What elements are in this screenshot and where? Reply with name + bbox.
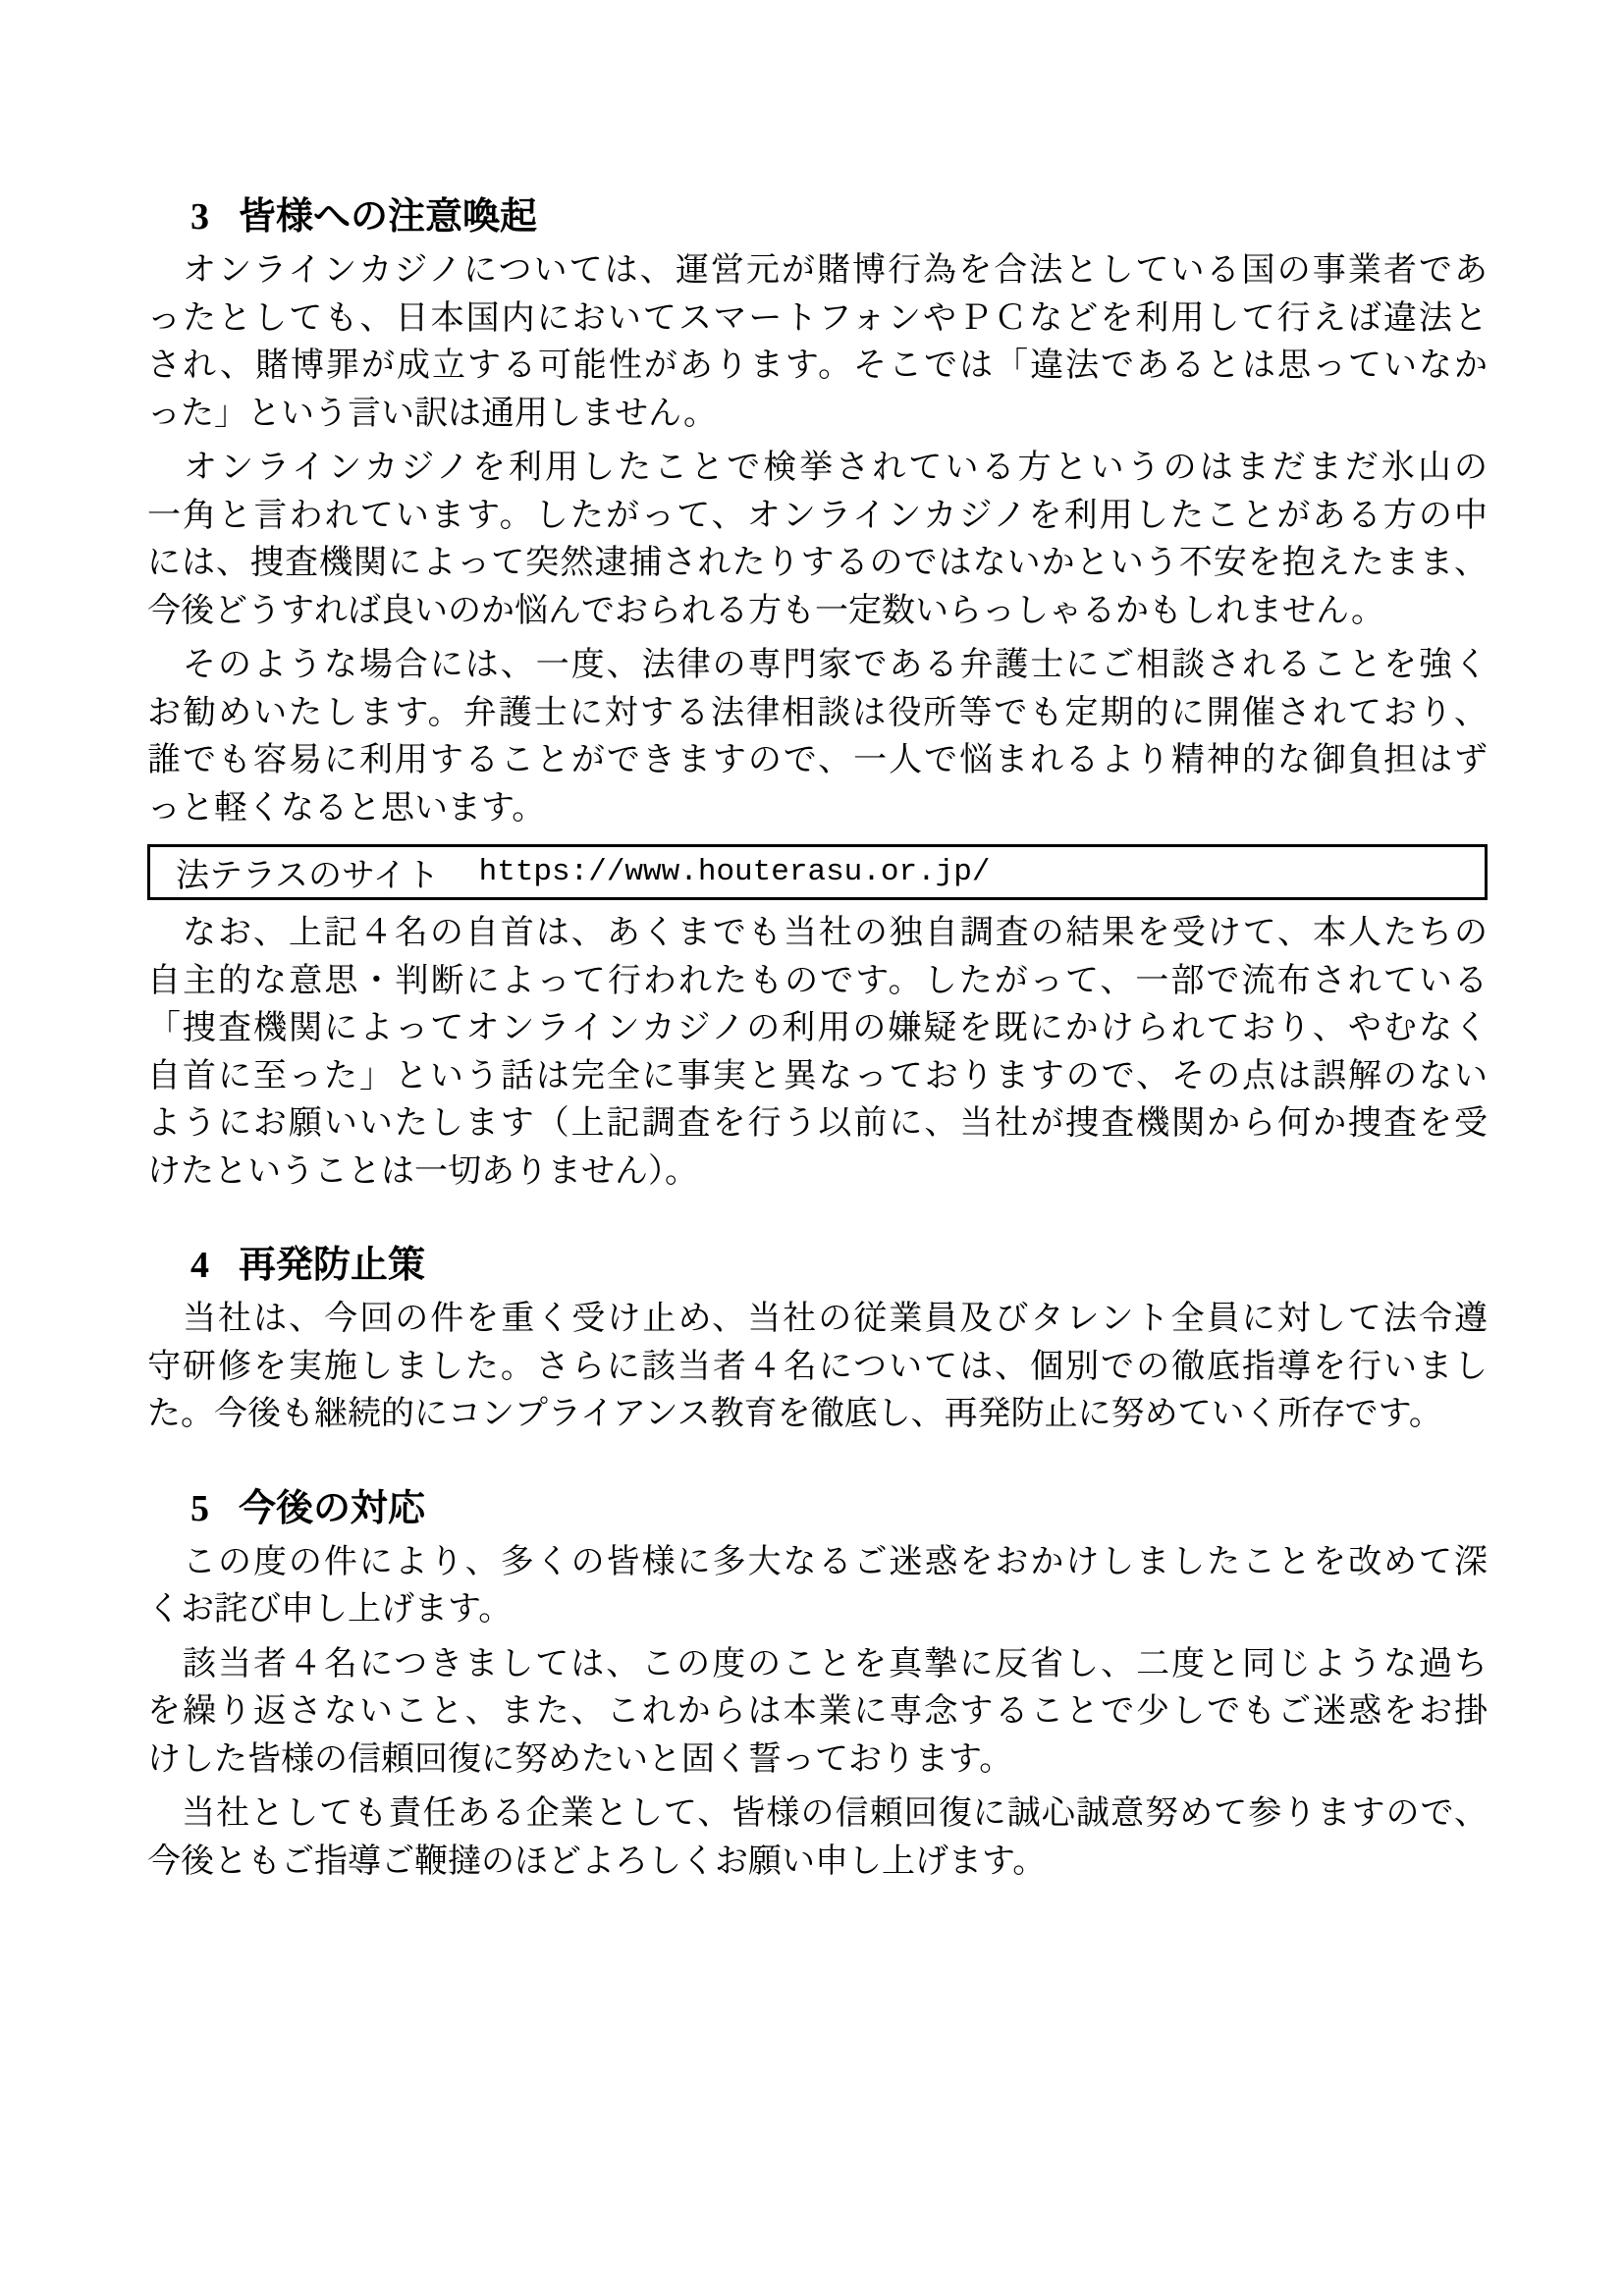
section-heading: 3皆様への注意喚起 bbox=[147, 192, 1488, 241]
paragraph: オンラインカジノを利用したことで検挙されている方というのはまだまだ氷山の 一角と… bbox=[147, 445, 1488, 635]
text-line: 当社は、今回の件を重く受け止め、当社の従業員及びタレント全員に対して法令遵 bbox=[147, 1296, 1488, 1344]
text-line: 「捜査機関によってオンラインカジノの利用の嫌疑を既にかけられており、やむなく bbox=[147, 1005, 1488, 1053]
text-line: 該当者４名につきましては、この度のことを真摯に反省し、二度と同じような過ち bbox=[147, 1641, 1488, 1689]
legal-terrace-link-box: 法テラスのサイト https://www.houterasu.or.jp/ bbox=[147, 844, 1488, 900]
text-line: には、捜査機関によって突然逮捕されたりするのではないかという不安を抱えたまま、 bbox=[147, 540, 1488, 588]
paragraph: 該当者４名につきましては、この度のことを真摯に反省し、二度と同じような過ち を繰… bbox=[147, 1641, 1488, 1785]
paragraph: この度の件により、多くの皆様に多大なるご迷惑をおかけしましたことを改めて深 くお… bbox=[147, 1539, 1488, 1634]
text-line: 自主的な意思・判断によって行われたものです。したがって、一部で流布されている bbox=[147, 958, 1488, 1006]
section-4: 4再発防止策 当社は、今回の件を重く受け止め、当社の従業員及びタレント全員に対し… bbox=[147, 1241, 1488, 1439]
text-line: 今後どうすれば良いのか悩んでおられる方も一定数いらっしゃるかもしれません。 bbox=[147, 588, 1488, 636]
text-line: っと軽くなると思います。 bbox=[147, 785, 1488, 833]
text-line: この度の件により、多くの皆様に多大なるご迷惑をおかけしましたことを改めて深 bbox=[147, 1539, 1488, 1587]
section-number: 4 bbox=[190, 1245, 209, 1286]
text-line: くお詫び申し上げます。 bbox=[147, 1586, 1488, 1634]
text-line: そのような場合には、一度、法律の専門家である弁護士にご相談されることを強く bbox=[147, 642, 1488, 690]
section-title: 今後の対応 bbox=[239, 1488, 425, 1529]
section-title: 再発防止策 bbox=[239, 1245, 425, 1286]
section-number: 3 bbox=[190, 196, 209, 238]
paragraph: 当社は、今回の件を重く受け止め、当社の従業員及びタレント全員に対して法令遵 守研… bbox=[147, 1296, 1488, 1439]
section-3: 3皆様への注意喚起 オンラインカジノについては、運営元が賭博行為を合法としている… bbox=[147, 192, 1488, 1196]
section-title: 皆様への注意喚起 bbox=[239, 196, 537, 238]
text-line: オンラインカジノについては、運営元が賭博行為を合法としている国の事業者であ bbox=[147, 247, 1488, 295]
text-line: 誰でも容易に利用することができますので、一人で悩まれるより精神的な御負担はず bbox=[147, 737, 1488, 785]
text-line: けした皆様の信頼回復に努めたいと固く誓っております。 bbox=[147, 1736, 1488, 1785]
text-line: 自首に至った」という話は完全に事実と異なっておりますので、その点は誤解のない bbox=[147, 1053, 1488, 1101]
text-line: オンラインカジノを利用したことで検挙されている方というのはまだまだ氷山の bbox=[147, 445, 1488, 493]
houterasu-url: https://www.houterasu.or.jp/ bbox=[479, 855, 991, 889]
section-number: 5 bbox=[190, 1488, 209, 1529]
paragraph: オンラインカジノについては、運営元が賭博行為を合法としている国の事業者であ った… bbox=[147, 247, 1488, 438]
text-line: ったとしても、日本国内においてスマートフォンやＰＣなどを利用して行えば違法と bbox=[147, 295, 1488, 344]
text-line: けたということは一切ありません）。 bbox=[147, 1148, 1488, 1197]
text-line: され、賭博罪が成立する可能性があります。そこでは「違法であるとは思っていなか bbox=[147, 343, 1488, 391]
paragraph: そのような場合には、一度、法律の専門家である弁護士にご相談されることを強く お勧… bbox=[147, 642, 1488, 832]
text-line: 守研修を実施しました。さらに該当者４名については、個別での徹底指導を行いまし bbox=[147, 1344, 1488, 1392]
text-line: った」という言い訳は通用しません。 bbox=[147, 391, 1488, 439]
text-line: た。今後も継続的にコンプライアンス教育を徹底し、再発防止に努めていく所存です。 bbox=[147, 1391, 1488, 1439]
page-content: 3皆様への注意喚起 オンラインカジノについては、運営元が賭博行為を合法としている… bbox=[0, 0, 1624, 1886]
text-line: を繰り返さないこと、また、これからは本業に専念することで少しでもご迷惑をお掛 bbox=[147, 1688, 1488, 1736]
section-5: 5今後の対応 この度の件により、多くの皆様に多大なるご迷惑をおかけしましたことを… bbox=[147, 1484, 1488, 1887]
section-heading: 4再発防止策 bbox=[147, 1241, 1488, 1290]
link-box-label: 法テラスのサイト bbox=[176, 848, 440, 896]
text-line: ようにお願いいたします（上記調査を行う以前に、当社が捜査機関から何か捜査を受 bbox=[147, 1100, 1488, 1148]
paragraph: なお、上記４名の自首は、あくまでも当社の独自調査の結果を受けて、本人たちの 自主… bbox=[147, 910, 1488, 1196]
section-heading: 5今後の対応 bbox=[147, 1484, 1488, 1533]
text-line: なお、上記４名の自首は、あくまでも当社の独自調査の結果を受けて、本人たちの bbox=[147, 910, 1488, 958]
text-line: お勧めいたします。弁護士に対する法律相談は役所等でも定期的に開催されており、 bbox=[147, 690, 1488, 738]
text-line: 一角と言われています。したがって、オンラインカジノを利用したことがある方の中 bbox=[147, 493, 1488, 541]
text-line: 今後ともご指導ご鞭撻のほどよろしくお願い申し上げます。 bbox=[147, 1839, 1488, 1887]
document-page: 3皆様への注意喚起 オンラインカジノについては、運営元が賭博行為を合法としている… bbox=[0, 0, 1624, 2296]
text-line: 当社としても責任ある企業として、皆様の信頼回復に誠心誠意努めて参りますので、 bbox=[147, 1790, 1488, 1839]
paragraph: 当社としても責任ある企業として、皆様の信頼回復に誠心誠意努めて参りますので、 今… bbox=[147, 1790, 1488, 1886]
